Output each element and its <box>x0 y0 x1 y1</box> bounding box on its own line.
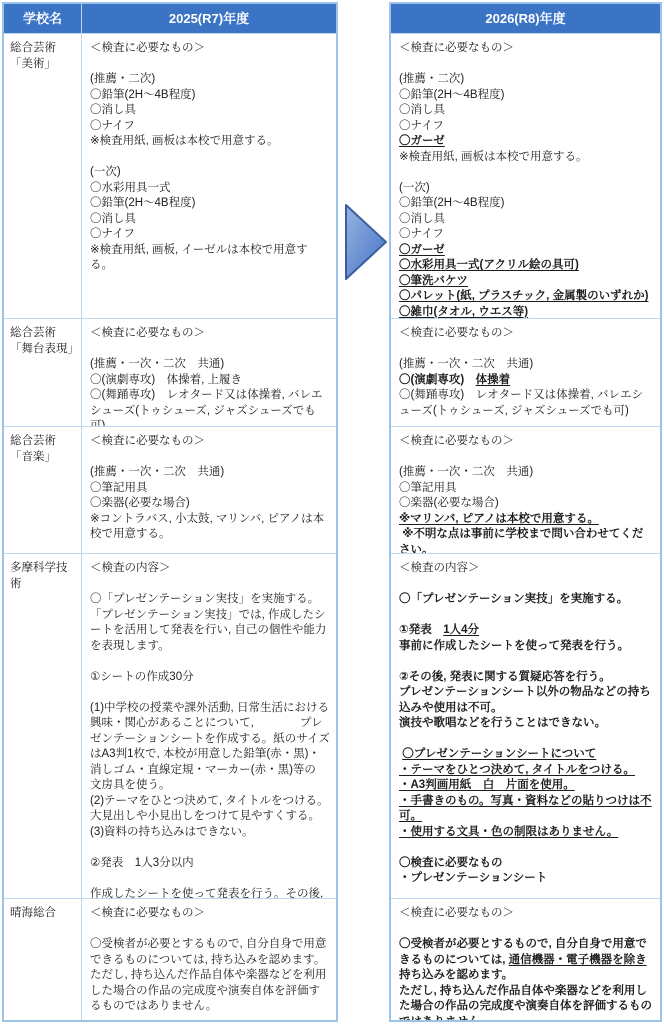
text-line: 〇消し具 <box>90 212 330 228</box>
text-line: ※検査用紙, 画板は本校で用意する。 <box>399 150 654 166</box>
text-run: ②発表 1人3分以内 <box>90 857 194 869</box>
text-run: 持ち込みを認めます。 <box>399 969 513 981</box>
school-name-line: 「音楽」 <box>10 450 77 466</box>
text-line: ※検査用紙, 画板は本校で用意する。 <box>90 134 330 150</box>
text-line: 〇パレット(紙, プラスチック, 金属製のいずれか) <box>399 289 654 305</box>
text-run: 1人4分 <box>443 624 479 636</box>
text-line: ※マリンバ, ピアノは本校で用意する。 <box>399 512 654 528</box>
text-line <box>90 577 330 593</box>
cell-tama-kagaku-gijutsu-2025-content: ＜検査の内容＞ 〇「プレゼンテーション実技」を実施する。「プレゼンテーション実技… <box>82 554 336 898</box>
text-line: ※不明な点は事前に学校まで問い合わせてください。 <box>399 527 654 553</box>
cell-sogo-geijutsu-butai-hyogen-2026-content: ＜検査に必要なもの＞ (推薦・一次・二次 共通)〇(演劇専攻) 体操着〇(舞踊専… <box>391 319 660 426</box>
text-run: ＜検査に必要なもの＞ <box>399 327 514 339</box>
text-line: ＜検査に必要なもの＞ <box>90 41 330 57</box>
text-run: ＜検査に必要なもの＞ <box>399 435 514 447</box>
text-line: ・使用する文具・色の制限はありません。 <box>399 825 654 841</box>
text-line: ※検査用紙, 画板, イーゼルは本校で用意する。 <box>90 243 330 274</box>
text-run: ①発表 <box>399 624 443 636</box>
text-line <box>90 654 330 670</box>
text-run: 〇楽器(必要な場合) <box>399 497 499 509</box>
text-run: 通信機器・電子機器を除き <box>509 954 647 966</box>
text-line: 〇プレゼンテーションシートについて <box>399 747 654 763</box>
text-run: ・プレゼンテーションシート <box>399 872 547 884</box>
text-line: 〇楽器(必要な場合) <box>90 496 330 512</box>
text-run: 事前に作成したシートを使って発表を行う。 <box>399 640 629 652</box>
text-line <box>399 608 654 624</box>
school-name-line: 「舞台表現」 <box>10 342 77 358</box>
text-line: ・プレゼンテーションシート <box>399 871 654 887</box>
text-run: 〇ガーゼ <box>399 244 445 256</box>
text-line <box>399 165 654 181</box>
text-line: 〇鉛筆(2H～4B程度) <box>399 88 654 104</box>
text-line: ※コントラバス, 小太鼓, マリンバ, ピアノは本校で用意する。 <box>90 512 330 543</box>
school-name-line: 総合芸術 <box>10 41 77 57</box>
text-line <box>399 840 654 856</box>
text-line: 演技や歌唱などを行うことはできない。 <box>399 716 654 732</box>
text-run: ただし, 持ち込んだ作品自体や楽器などを利用した場合の作品の完成度や演奏自体を評… <box>399 985 652 1021</box>
exam-requirements-comparison-page: 学校名 2025(R7)年度 総合芸術「美術」＜検査に必要なもの＞ (推薦・二次… <box>0 0 664 1024</box>
text-line: 〇消し具 <box>90 103 330 119</box>
text-line <box>90 685 330 701</box>
text-line: 〇「プレゼンテーション実技」を実施する。 <box>90 592 330 608</box>
text-line: 〇受検者が必要とするもので, 自分自身で用意できるものについては, 持ち込みを認… <box>90 937 330 968</box>
school-name-line: 総合芸術 <box>10 434 77 450</box>
text-run: ※不明な点は事前に学校まで問い合わせてください。 <box>399 528 643 553</box>
text-line <box>399 57 654 73</box>
text-line: 〇(舞踊専攻) レオタード又は体操着, バレエシューズ(トゥシューズ, ジャズシ… <box>90 388 330 426</box>
text-run: ＜検査に必要なもの＞ <box>399 42 514 54</box>
table-2025: 学校名 2025(R7)年度 総合芸術「美術」＜検査に必要なもの＞ (推薦・二次… <box>2 2 338 1022</box>
text-line: ＜検査に必要なもの＞ <box>399 41 654 57</box>
text-line: ・テーマをひとつ決めて, タイトルをつける。 <box>399 763 654 779</box>
text-line: 〇ガーゼ <box>399 134 654 150</box>
text-line: ＜検査に必要なもの＞ <box>399 326 654 342</box>
text-line: ＜検査に必要なもの＞ <box>90 434 330 450</box>
cell-sogo-geijutsu-bijutsu-2026-content: ＜検査に必要なもの＞ (推薦・二次)〇鉛筆(2H～4B程度)〇消し具〇ナイフ〇ガ… <box>391 34 660 318</box>
text-run: 〇鉛筆(2H～4B程度) <box>399 89 504 101</box>
text-line <box>399 922 654 938</box>
text-line: (推薦・一次・二次 共通) <box>90 357 330 373</box>
cell-harumi-sogo-2026-content: ＜検査に必要なもの＞ 〇受検者が必要とするもので, 自分自身で用意できるものにつ… <box>391 899 660 1020</box>
row-sogo-geijutsu-bijutsu-2026: ＜検査に必要なもの＞ (推薦・二次)〇鉛筆(2H～4B程度)〇消し具〇ナイフ〇ガ… <box>391 33 660 318</box>
row-sogo-geijutsu-bijutsu-2025: 総合芸術「美術」＜検査に必要なもの＞ (推薦・二次)〇鉛筆(2H～4B程度)〇消… <box>4 33 336 318</box>
text-line: 〇受検者が必要とするもので, 自分自身で用意できるものについては, 通信機器・電… <box>399 937 654 984</box>
text-line: (推薦・二次) <box>399 72 654 88</box>
text-run: 〇鉛筆(2H～4B程度) <box>90 89 195 101</box>
text-run: (推薦・一次・二次 共通) <box>399 358 533 370</box>
text-run: ＜検査に必要なもの＞ <box>90 435 205 447</box>
text-line: (推薦・一次・二次 共通) <box>399 357 654 373</box>
text-run: 〇楽器(必要な場合) <box>90 497 190 509</box>
text-run: (推薦・一次・二次 共通) <box>90 466 224 478</box>
text-line: ただし, 持ち込んだ作品自体や楽器などを利用した場合の作品の完成度や演奏自体を評… <box>90 968 330 1015</box>
text-run: (一次) <box>399 182 430 194</box>
school-name-tama-kagaku-gijutsu: 多摩科学技術 <box>4 554 82 898</box>
text-line: 〇筆記用具 <box>90 481 330 497</box>
text-run: (推薦・一次・二次 共通) <box>399 466 533 478</box>
text-line: 〇「プレゼンテーション実技」を実施する。 <box>399 592 654 608</box>
text-run: ＜検査に必要なもの＞ <box>90 907 205 919</box>
school-name-sogo-geijutsu-butai-hyogen: 総合芸術「舞台表現」 <box>4 319 82 426</box>
text-line <box>399 450 654 466</box>
text-line <box>90 57 330 73</box>
text-line: 〇水彩用具一式(アクリル絵の具可) <box>399 258 654 274</box>
column-header-year-2026: 2026(R8)年度 <box>391 4 660 33</box>
text-line: ①シートの作成30分 <box>90 670 330 686</box>
column-header-year-2025: 2025(R7)年度 <box>82 4 336 33</box>
table-2025-header-row: 学校名 2025(R7)年度 <box>4 4 336 33</box>
text-run: ＜検査の内容＞ <box>399 562 480 574</box>
text-line: (3)資料の持ち込みはできない。 <box>90 825 330 841</box>
text-run: プレゼンテーションシート以外の物品などの持ち込みや使用は不可。 <box>399 686 651 714</box>
column-header-school-name: 学校名 <box>4 4 82 33</box>
text-run: ・使用する文具・色の制限はありません。 <box>399 826 618 838</box>
text-run: ・手書きのもの。写真・資料などの貼りつけは不可。 <box>399 795 652 823</box>
text-line: 〇雑巾(タオル, ウエス等) <box>399 305 654 319</box>
text-run: 〇(舞踊専攻) レオタード又は体操着, バレエシューズ(トゥシューズ, ジャズシ… <box>399 389 643 417</box>
text-line: 〇(演劇専攻) 体操着 <box>399 373 654 389</box>
text-run: 〇水彩用具一式 <box>90 182 171 194</box>
text-run: 体操着 <box>476 374 511 386</box>
text-line <box>90 342 330 358</box>
cell-harumi-sogo-2025-content: ＜検査に必要なもの＞ 〇受検者が必要とするもので, 自分自身で用意できるものにつ… <box>82 899 336 1020</box>
text-line: 〇(舞踊専攻) レオタード又は体操着, バレエシューズ(トゥシューズ, ジャズシ… <box>399 388 654 419</box>
text-line <box>399 342 654 358</box>
school-name-line: 晴海総合 <box>10 906 77 922</box>
text-run: ②その後, 発表に関する質疑応答を行う。 <box>399 671 611 683</box>
text-line <box>399 732 654 748</box>
text-run: 〇(演劇専攻) <box>399 374 476 386</box>
text-line: 〇筆記用具 <box>399 481 654 497</box>
text-run: ※検査用紙, 画板は本校で用意する。 <box>399 151 588 163</box>
table-2026-body: ＜検査に必要なもの＞ (推薦・二次)〇鉛筆(2H～4B程度)〇消し具〇ナイフ〇ガ… <box>391 33 660 1020</box>
text-line: (推薦・一次・二次 共通) <box>399 465 654 481</box>
text-run: 〇消し具 <box>90 104 136 116</box>
text-line: ・手書きのもの。写真・資料などの貼りつけは不可。 <box>399 794 654 825</box>
text-line: 〇楽器(必要な場合) <box>399 496 654 512</box>
right-arrow-icon <box>344 203 388 281</box>
table-2026: 2026(R8)年度 ＜検査に必要なもの＞ (推薦・二次)〇鉛筆(2H～4B程度… <box>389 2 662 1022</box>
text-line: 〇水彩用具一式 <box>90 181 330 197</box>
text-run: ・A3判画用紙 白 片面を使用。 <box>399 779 575 791</box>
text-run: ※検査用紙, 画板, イーゼルは本校で用意する。 <box>90 244 308 272</box>
row-harumi-sogo-2026: ＜検査に必要なもの＞ 〇受検者が必要とするもので, 自分自身で用意できるものにつ… <box>391 898 660 1020</box>
text-line: (推薦・一次・二次 共通) <box>90 465 330 481</box>
text-run: ＜検査に必要なもの＞ <box>90 327 205 339</box>
text-line <box>399 577 654 593</box>
text-run: ①シートの作成30分 <box>90 671 194 683</box>
text-run: 〇筆洗バケツ <box>399 275 468 287</box>
row-sogo-geijutsu-butai-hyogen-2026: ＜検査に必要なもの＞ (推薦・一次・二次 共通)〇(演劇専攻) 体操着〇(舞踊専… <box>391 318 660 426</box>
school-name-line: 総合芸術 <box>10 326 77 342</box>
text-line: ＜検査の内容＞ <box>90 561 330 577</box>
text-run: 〇消し具 <box>399 213 445 225</box>
text-run: 〇筆記用具 <box>399 482 457 494</box>
text-line <box>399 654 654 670</box>
text-run: 〇パレット(紙, プラスチック, 金属製のいずれか) <box>399 290 648 302</box>
school-name-harumi-sogo: 晴海総合 <box>4 899 82 1020</box>
text-line: 〇消し具 <box>399 212 654 228</box>
text-run: ※コントラバス, 小太鼓, マリンバ, ピアノは本校で用意する。 <box>90 513 324 541</box>
text-run: (1)中学校の授業や課外活動, 日常生活における興味・関心があることについて, … <box>90 702 336 792</box>
text-run: 〇筆記用具 <box>90 482 148 494</box>
cell-sogo-geijutsu-ongaku-2026-content: ＜検査に必要なもの＞ (推薦・一次・二次 共通)〇筆記用具〇楽器(必要な場合)※… <box>391 427 660 553</box>
text-line: ②発表 1人3分以内 <box>90 856 330 872</box>
text-line: ・A3判画用紙 白 片面を使用。 <box>399 778 654 794</box>
text-run: (推薦・二次) <box>90 73 155 85</box>
text-run: 〇水彩用具一式(アクリル絵の具可) <box>399 259 579 271</box>
text-line: (一次) <box>399 181 654 197</box>
text-run: 〇ガーゼ <box>399 135 445 147</box>
text-run: 〇(舞踊専攻) レオタード又は体操着, バレエシューズ(トゥシューズ, ジャズシ… <box>90 389 323 426</box>
text-line: 「プレゼンテーション実技」では, 作成したシートを活用して発表を行い, 自己の個… <box>90 608 330 655</box>
text-line: (推薦・二次) <box>90 72 330 88</box>
text-line: 〇ナイフ <box>90 119 330 135</box>
cell-sogo-geijutsu-bijutsu-2025-content: ＜検査に必要なもの＞ (推薦・二次)〇鉛筆(2H～4B程度)〇消し具〇ナイフ※検… <box>82 34 336 318</box>
text-line: 〇ガーゼ <box>399 243 654 259</box>
text-line: (2)テーマをひとつ決めて, タイトルをつける。大見出しや小見出しをつけて見やす… <box>90 794 330 825</box>
text-run: 〇(演劇専攻) 体操着, 上履き <box>90 374 242 386</box>
cell-sogo-geijutsu-butai-hyogen-2025-content: ＜検査に必要なもの＞ (推薦・一次・二次 共通)〇(演劇専攻) 体操着, 上履き… <box>82 319 336 426</box>
text-line: プレゼンテーションシート以外の物品などの持ち込みや使用は不可。 <box>399 685 654 716</box>
text-run: 「プレゼンテーション実技」では, 作成したシートを活用して発表を行い, 自己の個… <box>90 609 326 652</box>
year-transition-arrow <box>344 203 388 281</box>
text-line: 〇消し具 <box>399 103 654 119</box>
cell-sogo-geijutsu-ongaku-2025-content: ＜検査に必要なもの＞ (推薦・一次・二次 共通)〇筆記用具〇楽器(必要な場合)※… <box>82 427 336 553</box>
text-run: (2)テーマをひとつ決めて, タイトルをつける。大見出しや小見出しをつけて見やす… <box>90 795 328 823</box>
text-line: ＜検査に必要なもの＞ <box>399 906 654 922</box>
text-run: ただし, 持ち込んだ作品自体や楽器などを利用した場合の作品の完成度や演奏自体を評… <box>90 969 326 1012</box>
text-line <box>90 922 330 938</box>
text-run: 〇プレゼンテーションシートについて <box>402 748 596 760</box>
text-line: ②その後, 発表に関する質疑応答を行う。 <box>399 670 654 686</box>
row-tama-kagaku-gijutsu-2025: 多摩科学技術＜検査の内容＞ 〇「プレゼンテーション実技」を実施する。「プレゼンテ… <box>4 553 336 898</box>
text-run: 〇消し具 <box>90 213 136 225</box>
row-sogo-geijutsu-butai-hyogen-2025: 総合芸術「舞台表現」＜検査に必要なもの＞ (推薦・一次・二次 共通)〇(演劇専攻… <box>4 318 336 426</box>
text-line: 〇ナイフ <box>399 119 654 135</box>
text-run: 〇ナイフ <box>399 228 444 240</box>
text-line: 事前に作成したシートを使って発表を行う。 <box>399 639 654 655</box>
text-line: ＜検査の内容＞ <box>399 561 654 577</box>
school-name-line: 多摩科学技術 <box>10 561 77 592</box>
text-run: ＜検査に必要なもの＞ <box>90 42 205 54</box>
text-run: (一次) <box>90 166 121 178</box>
row-sogo-geijutsu-ongaku-2025: 総合芸術「音楽」＜検査に必要なもの＞ (推薦・一次・二次 共通)〇筆記用具〇楽器… <box>4 426 336 553</box>
text-line: 〇鉛筆(2H～4B程度) <box>90 88 330 104</box>
text-line: ＜検査に必要なもの＞ <box>399 434 654 450</box>
row-harumi-sogo-2025: 晴海総合＜検査に必要なもの＞ 〇受検者が必要とするもので, 自分自身で用意できる… <box>4 898 336 1020</box>
text-line: 〇(演劇専攻) 体操着, 上履き <box>90 373 330 389</box>
text-line: (1)中学校の授業や課外活動, 日常生活における興味・関心があることについて, … <box>90 701 330 794</box>
text-run: 〇ナイフ <box>90 228 135 240</box>
text-line: ただし, 持ち込んだ作品自体や楽器などを利用した場合の作品の完成度や演奏自体を評… <box>399 984 654 1021</box>
text-run: 作成したシートを使って発表を行う。その後, それに関する質疑応答を行う。 <box>90 888 326 899</box>
text-run: 〇受検者が必要とするもので, 自分自身で用意できるものについては, 持ち込みを認… <box>90 938 326 966</box>
text-run: 〇鉛筆(2H～4B程度) <box>399 197 504 209</box>
cell-tama-kagaku-gijutsu-2026-content: ＜検査の内容＞ 〇「プレゼンテーション実技」を実施する。 ①発表 1人4分事前に… <box>391 554 660 898</box>
text-run: ・テーマをひとつ決めて, タイトルをつける。 <box>399 764 635 776</box>
text-line: 〇ナイフ <box>90 227 330 243</box>
text-run: 〇「プレゼンテーション実技」を実施する。 <box>90 593 319 605</box>
text-run: 〇雑巾(タオル, ウエス等) <box>399 306 528 318</box>
text-run: 〇ナイフ <box>399 120 444 132</box>
text-run: 〇鉛筆(2H～4B程度) <box>90 197 195 209</box>
text-line: 〇ナイフ <box>399 227 654 243</box>
text-run: ※検査用紙, 画板は本校で用意する。 <box>90 135 279 147</box>
text-line <box>90 150 330 166</box>
text-run: (3)資料の持ち込みはできない。 <box>90 826 254 838</box>
row-tama-kagaku-gijutsu-2026: ＜検査の内容＞ 〇「プレゼンテーション実技」を実施する。 ①発表 1人4分事前に… <box>391 553 660 898</box>
text-run: ＜検査の内容＞ <box>90 562 171 574</box>
text-run: 〇ナイフ <box>90 120 135 132</box>
text-run: ※マリンバ, ピアノは本校で用意する。 <box>399 513 599 525</box>
text-line <box>90 871 330 887</box>
text-line <box>90 450 330 466</box>
text-run: (推薦・一次・二次 共通) <box>90 358 224 370</box>
text-line: ＜検査に必要なもの＞ <box>90 326 330 342</box>
text-run: (推薦・二次) <box>399 73 464 85</box>
text-run: 〇消し具 <box>399 104 445 116</box>
text-line: (一次) <box>90 165 330 181</box>
row-sogo-geijutsu-ongaku-2026: ＜検査に必要なもの＞ (推薦・一次・二次 共通)〇筆記用具〇楽器(必要な場合)※… <box>391 426 660 553</box>
school-name-sogo-geijutsu-ongaku: 総合芸術「音楽」 <box>4 427 82 553</box>
text-line: 〇鉛筆(2H～4B程度) <box>399 196 654 212</box>
text-run: 演技や歌唱などを行うことはできない。 <box>399 717 606 729</box>
text-run: 〇検査に必要なもの <box>399 857 503 869</box>
school-name-line: 「美術」 <box>10 57 77 73</box>
text-line: 〇鉛筆(2H～4B程度) <box>90 196 330 212</box>
text-line: 作成したシートを使って発表を行う。その後, それに関する質疑応答を行う。 <box>90 887 330 899</box>
school-name-sogo-geijutsu-bijutsu: 総合芸術「美術」 <box>4 34 82 318</box>
table-2026-header-row: 2026(R8)年度 <box>391 4 660 33</box>
text-line: 〇検査に必要なもの <box>399 856 654 872</box>
table-2025-body: 総合芸術「美術」＜検査に必要なもの＞ (推薦・二次)〇鉛筆(2H～4B程度)〇消… <box>4 33 336 1020</box>
text-run: 〇「プレゼンテーション実技」を実施する。 <box>399 593 628 605</box>
text-line: ＜検査に必要なもの＞ <box>90 906 330 922</box>
text-line: 〇筆洗バケツ <box>399 274 654 290</box>
text-run: ＜検査に必要なもの＞ <box>399 907 514 919</box>
text-line <box>90 840 330 856</box>
text-line: ①発表 1人4分 <box>399 623 654 639</box>
